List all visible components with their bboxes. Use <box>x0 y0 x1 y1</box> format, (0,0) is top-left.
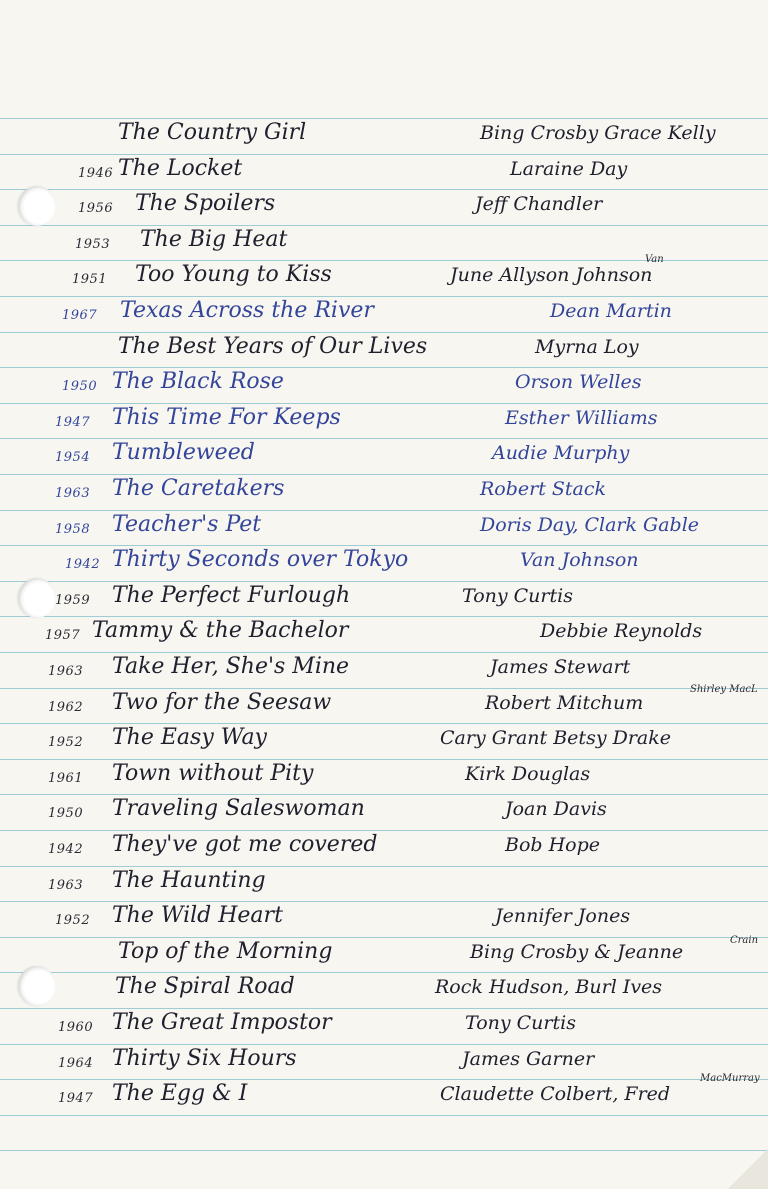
entry-stars: Bing Crosby Grace Kelly <box>480 122 716 144</box>
entry-title: Town without Pity <box>112 761 313 786</box>
list-item: 1950The Black RoseOrson Welles <box>0 375 768 409</box>
entry-stars: Bob Hope <box>505 834 600 856</box>
entry-title: The Perfect Furlough <box>112 583 350 608</box>
entry-year: 1956 <box>78 201 113 216</box>
entry-title: The Spiral Road <box>115 974 295 999</box>
entry-title: The Country Girl <box>118 120 306 145</box>
entry-note: Shirley MacL <box>690 684 758 695</box>
entry-title: The Caretakers <box>112 476 284 501</box>
entry-year: 1961 <box>48 771 83 786</box>
entry-stars: Joan Davis <box>505 798 607 820</box>
entry-title: Texas Across the River <box>120 298 374 323</box>
entry-stars: Rock Hudson, Burl Ives <box>435 976 662 998</box>
entry-stars: Audie Murphy <box>492 442 629 464</box>
entry-title: The Best Years of Our Lives <box>118 334 427 359</box>
entry-stars: Myrna Loy <box>535 336 639 358</box>
entry-year: 1959 <box>55 593 90 608</box>
list-item: The Country GirlBing Crosby Grace Kelly <box>0 126 768 160</box>
entry-stars: James Garner <box>462 1048 594 1070</box>
entry-year: 1952 <box>55 913 90 928</box>
entry-stars: Claudette Colbert, Fred <box>440 1083 670 1105</box>
entry-year: 1951 <box>72 272 107 287</box>
list-item: 1963Take Her, She's MineJames Stewart <box>0 660 768 694</box>
entry-title: The Black Rose <box>112 369 284 394</box>
entry-stars: Laraine Day <box>510 158 627 180</box>
entry-year: 1946 <box>78 166 113 181</box>
entry-stars: Kirk Douglas <box>465 763 590 785</box>
entry-title: The Great Impostor <box>112 1010 332 1035</box>
entry-stars: James Stewart <box>490 656 630 678</box>
entry-title: The Egg & I <box>112 1081 247 1106</box>
entry-stars: Jeff Chandler <box>475 193 602 215</box>
ruled-line <box>0 118 768 119</box>
entry-year: 1963 <box>48 664 83 679</box>
entry-stars: Jennifer Jones <box>495 905 630 927</box>
list-item: 1947The Egg & IClaudette Colbert, FredMa… <box>0 1087 768 1121</box>
list-item: 1954TumbleweedAudie Murphy <box>0 446 768 480</box>
entry-year: 1960 <box>58 1020 93 1035</box>
entry-title: The Wild Heart <box>112 903 283 928</box>
entry-stars: Orson Welles <box>515 371 642 393</box>
entry-title: Too Young to Kiss <box>135 262 332 287</box>
entry-stars: Tony Curtis <box>462 585 573 607</box>
page-corner <box>728 1129 768 1189</box>
entry-note: Van <box>645 254 664 265</box>
list-item: 1951Too Young to KissJune Allyson Johnso… <box>0 268 768 302</box>
entry-title: Teacher's Pet <box>112 512 261 537</box>
entry-stars: Robert Mitchum <box>485 692 643 714</box>
entry-year: 1952 <box>48 735 83 750</box>
entry-title: The Easy Way <box>112 725 267 750</box>
entry-title: Two for the Seesaw <box>112 690 331 715</box>
entry-title: The Haunting <box>112 868 266 893</box>
entry-year: 1942 <box>65 557 100 572</box>
entry-year: 1950 <box>62 379 97 394</box>
notebook-page: The Country GirlBing Crosby Grace Kelly1… <box>0 0 768 1189</box>
entry-title: Tammy & the Bachelor <box>92 618 348 643</box>
entry-year: 1967 <box>62 308 97 323</box>
list-item: 1963The CaretakersRobert Stack <box>0 482 768 516</box>
entry-stars: Robert Stack <box>480 478 606 500</box>
list-item: 1957Tammy & the BachelorDebbie Reynolds <box>0 624 768 658</box>
list-item: The Spiral RoadRock Hudson, Burl Ives <box>0 980 768 1014</box>
entry-title: Thirty Seconds over Tokyo <box>112 547 408 572</box>
list-item: 1960The Great ImpostorTony Curtis <box>0 1016 768 1050</box>
list-item: 1956The SpoilersJeff Chandler <box>0 197 768 231</box>
ruled-line <box>0 1150 768 1151</box>
entry-title: Traveling Saleswoman <box>112 796 365 821</box>
entry-title: They've got me covered <box>112 832 377 857</box>
entry-year: 1958 <box>55 522 90 537</box>
entry-stars: Doris Day, Clark Gable <box>480 514 699 536</box>
entry-stars: Dean Martin <box>550 300 672 322</box>
entry-year: 1947 <box>55 415 90 430</box>
entry-year: 1942 <box>48 842 83 857</box>
entry-year: 1957 <box>45 628 80 643</box>
entry-stars: Bing Crosby & Jeanne <box>470 941 683 963</box>
entry-title: The Big Heat <box>140 227 287 252</box>
entry-year: 1964 <box>58 1056 93 1071</box>
entry-title: Take Her, She's Mine <box>112 654 349 679</box>
entry-stars: Cary Grant Betsy Drake <box>440 727 671 749</box>
list-item: 1942Thirty Seconds over TokyoVan Johnson <box>0 553 768 587</box>
entry-note: MacMurray <box>700 1073 760 1084</box>
entry-title: The Locket <box>118 156 242 181</box>
entry-stars: Debbie Reynolds <box>540 620 702 642</box>
entry-stars: Esther Williams <box>505 407 657 429</box>
list-item: 1952The Wild HeartJennifer Jones <box>0 909 768 943</box>
list-item: 1942They've got me coveredBob Hope <box>0 838 768 872</box>
entry-year: 1954 <box>55 450 90 465</box>
entry-stars: Tony Curtis <box>465 1012 576 1034</box>
list-item: 1952The Easy WayCary Grant Betsy Drake <box>0 731 768 765</box>
list-item: 1967Texas Across the RiverDean Martin <box>0 304 768 338</box>
entry-year: 1963 <box>48 878 83 893</box>
entry-title: Top of the Morning <box>118 939 332 964</box>
entry-year: 1963 <box>55 486 90 501</box>
entry-year: 1947 <box>58 1091 93 1106</box>
entry-year: 1962 <box>48 700 83 715</box>
entry-title: Thirty Six Hours <box>112 1046 297 1071</box>
entry-title: Tumbleweed <box>112 440 255 465</box>
entry-title: The Spoilers <box>135 191 275 216</box>
entry-stars: June Allyson Johnson <box>450 264 652 286</box>
entry-year: 1950 <box>48 806 83 821</box>
entry-note: Crain <box>730 935 758 946</box>
entry-stars: Van Johnson <box>520 549 639 571</box>
entry-year: 1953 <box>75 237 110 252</box>
entry-title: This Time For Keeps <box>112 405 341 430</box>
list-item: 1946The LocketLaraine Day <box>0 162 768 196</box>
list-item: 1950Traveling SaleswomanJoan Davis <box>0 802 768 836</box>
